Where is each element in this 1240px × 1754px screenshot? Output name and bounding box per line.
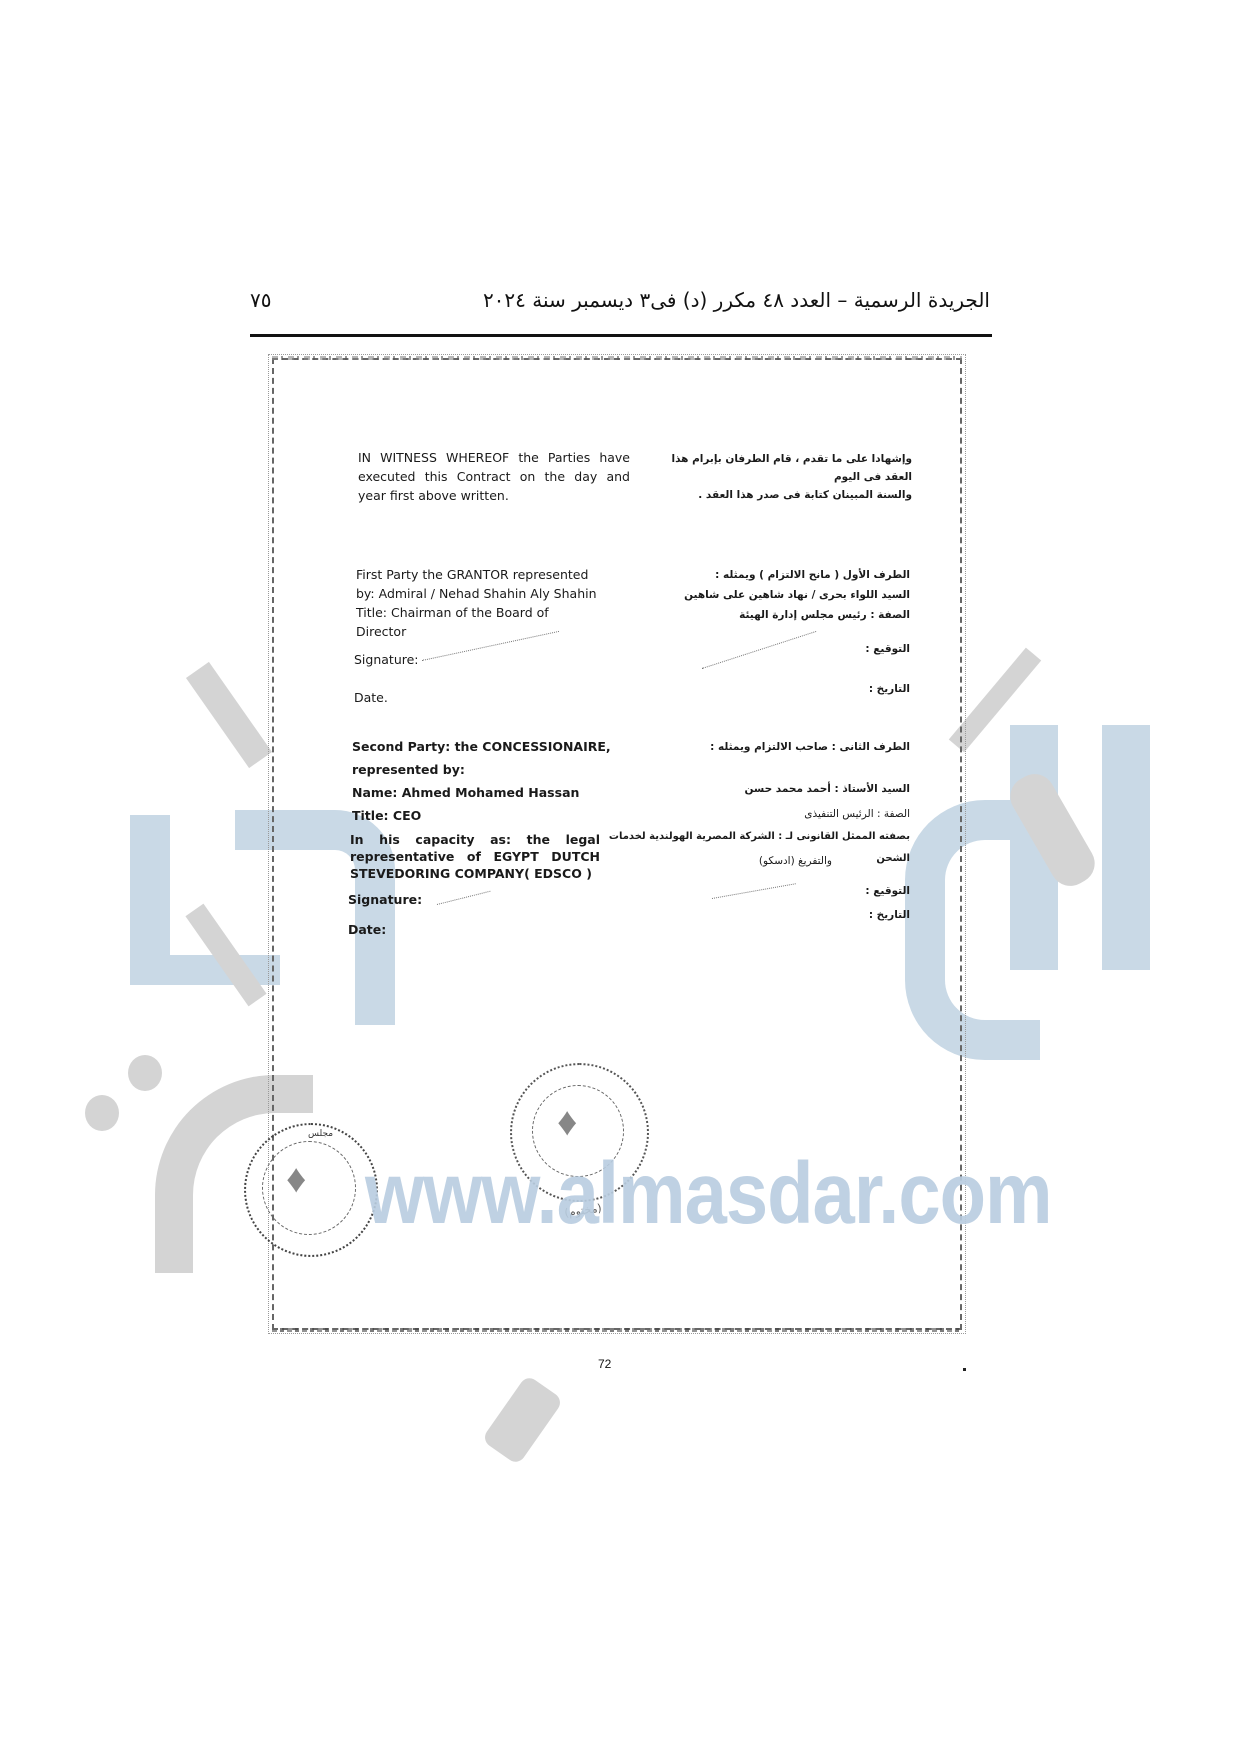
left-eagle-emblem-icon: ♦ [286, 1157, 306, 1202]
first-party-signature-label: Signature: [354, 650, 419, 669]
gazette-title: الجريدة الرسمية – العدد ٤٨ مكرر (د) فى٣ … [483, 288, 990, 312]
second-party-ar-signature-label: التوقيع : [832, 880, 910, 902]
second-party-en-line-2: represented by: [352, 758, 642, 781]
left-stamp-text: مجلس [308, 1129, 333, 1139]
header-divider [250, 334, 992, 337]
second-party-en-line-1: Second Party: the CONCESSIONAIRE, [352, 735, 642, 758]
gazette-header: الجريدة الرسمية – العدد ٤٨ مكرر (د) فى٣ … [250, 288, 990, 324]
second-party-ar-capacity-line-2: والتفريغ (ادسكو) [602, 850, 832, 872]
second-party-en: Second Party: the CONCESSIONAIRE, repres… [352, 735, 642, 827]
watermark-dot-1 [85, 1095, 119, 1131]
watermark-bar-base [130, 955, 280, 985]
first-party-date-label: Date. [354, 688, 388, 707]
first-party-ar-line-1: الطرف الأول ( مانح الالتزام ) ويمثله : [652, 565, 910, 585]
watermark-bar-left [130, 815, 170, 980]
watermark-bar-right-1 [1010, 725, 1058, 970]
first-party-ar-line-2: السيد اللواء بحرى / نهاد شاهين على شاهين [652, 585, 910, 605]
eagle-emblem-icon: ♦ [557, 1100, 577, 1145]
watermark-bar-right-2 [1102, 725, 1150, 970]
second-party-ar-line-1: الطرف الثانى : صاحب الالتزام ويمثله : [652, 736, 910, 758]
first-party-en-line-2: by: Admiral / Nehad Shahin Aly Shahin [356, 584, 646, 603]
second-party-date-label: Date: [348, 920, 386, 939]
first-party-ar-date-label: التاريخ : [832, 678, 910, 700]
stray-dot [963, 1368, 966, 1371]
watermark-dot-2 [128, 1055, 162, 1091]
left-seal-stamp: ♦ مجلس [244, 1123, 378, 1257]
left-seal-inner-ring [262, 1141, 356, 1235]
watermark-diagonal-5 [481, 1374, 564, 1465]
second-party-signature-label: Signature: [348, 890, 422, 909]
second-party-ar-title: الصفة : الرئيس التنفيذى [652, 803, 910, 825]
witness-ar-line-1: وإشهادا على ما تقدم ، قام الطرفان بإبرام… [642, 450, 912, 486]
scan-border-top [272, 356, 962, 360]
scan-border-bottom [272, 1328, 962, 1332]
first-party-ar-signature-label: التوقيع : [832, 638, 910, 660]
second-party-capacity: In his capacity as: the legal representa… [350, 831, 600, 882]
watermark-diagonal-3 [1003, 767, 1102, 893]
first-party-en-line-3: Title: Chairman of the Board of [356, 603, 646, 622]
scan-page-number: 72 [598, 1357, 611, 1371]
first-party-en-line-1: First Party the GRANTOR represented [356, 565, 646, 584]
watermark-diagonal-4 [185, 904, 266, 1007]
second-party-ar-name: السيد الأستاذ : أحمد محمد حسن [652, 778, 910, 800]
first-party-ar: الطرف الأول ( مانح الالتزام ) ويمثله : ا… [652, 565, 910, 625]
first-party-en-line-4: Director [356, 622, 646, 641]
second-party-ar-date-label: التاريخ : [832, 904, 910, 926]
second-party-title: Title: CEO [352, 804, 642, 827]
watermark-diagonal-1 [186, 662, 272, 768]
first-party-en: First Party the GRANTOR represented by: … [356, 565, 646, 641]
watermark-url: www.almasdar.com [365, 1143, 1052, 1243]
witness-clause-en: IN WITNESS WHEREOF the Parties have exec… [358, 448, 630, 505]
watermark-diagonal-2 [949, 648, 1041, 753]
second-party-name: Name: Ahmed Mohamed Hassan [352, 781, 642, 804]
gazette-page-number: ٧٥ [250, 288, 271, 312]
witness-ar-line-2: والسنة المبينان كتابة فى صدر هذا العقد . [642, 486, 912, 504]
first-party-ar-line-3: الصفة : رئيس مجلس إدارة الهيئة [652, 605, 910, 625]
witness-clause-ar: وإشهادا على ما تقدم ، قام الطرفان بإبرام… [642, 450, 912, 504]
